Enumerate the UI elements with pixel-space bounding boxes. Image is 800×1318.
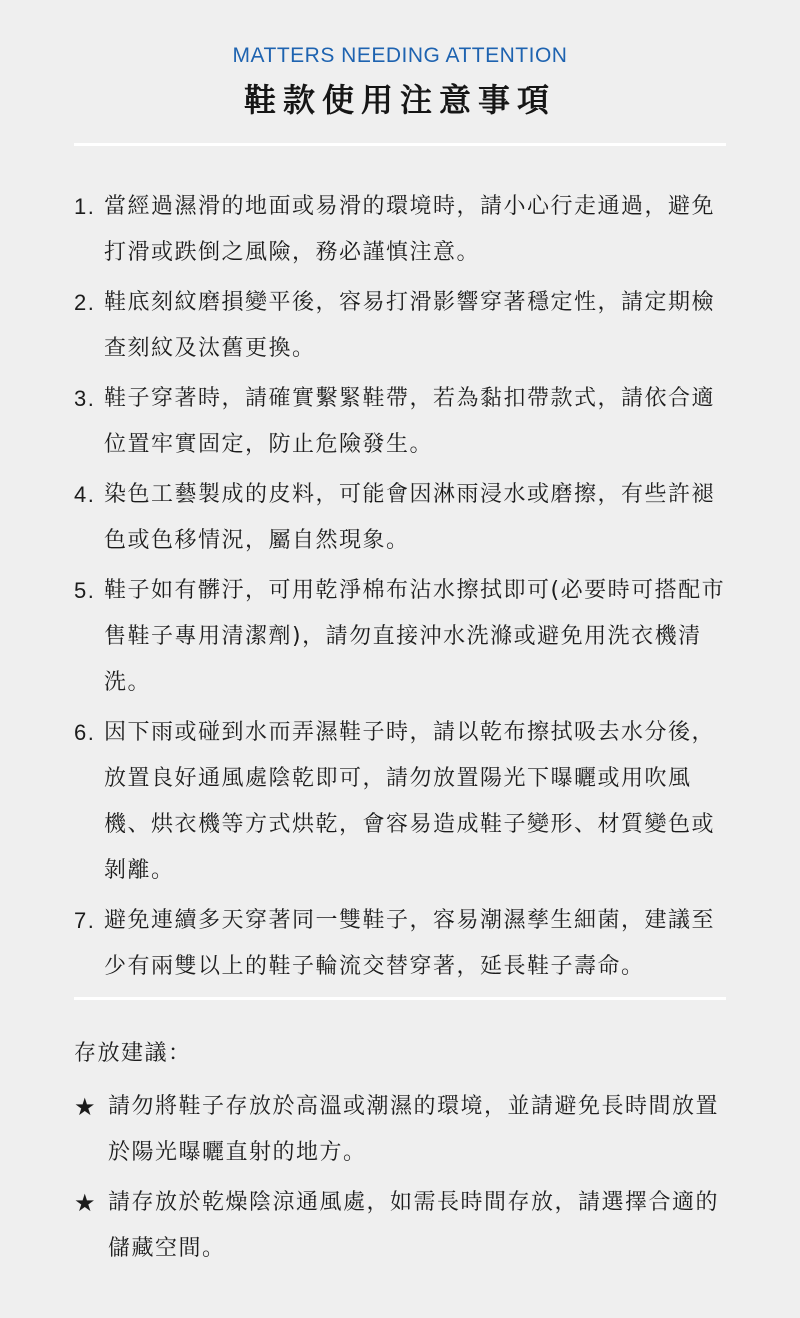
star-icon: ★ xyxy=(74,1180,97,1226)
storage-text: 請存放於乾燥陰涼通風處，如需長時間存放，請選擇合適的儲藏空間。 xyxy=(108,1190,719,1261)
storage-item-1: ★ 請勿將鞋子存放於高溫或潮濕的環境，並請避免長時間放置於陽光曝曬直射的地方。 xyxy=(74,1084,734,1176)
note-number: 5. xyxy=(74,568,95,614)
note-text: 鞋底刻紋磨損變平後，容易打滑影響穿著穩定性，請定期檢查刻紋及汰舊更換。 xyxy=(104,290,715,361)
top-divider xyxy=(74,143,726,146)
note-item-3: 3. 鞋子穿著時，請確實繫緊鞋帶，若為黏扣帶款式，請依合適位置牢實固定，防止危險… xyxy=(74,376,734,468)
note-number: 3. xyxy=(74,376,95,422)
note-number: 1. xyxy=(74,184,95,230)
note-number: 6. xyxy=(74,710,95,756)
note-text: 避免連續多天穿著同一雙鞋子，容易潮濕孳生細菌，建議至少有兩雙以上的鞋子輪流交替穿… xyxy=(104,908,715,979)
storage-item-2: ★ 請存放於乾燥陰涼通風處，如需長時間存放，請選擇合適的儲藏空間。 xyxy=(74,1180,734,1272)
note-number: 4. xyxy=(74,472,95,518)
note-text: 染色工藝製成的皮料，可能會因淋雨浸水或磨擦，有些許褪色或色移情況，屬自然現象。 xyxy=(104,482,715,553)
note-text: 鞋子如有髒汙，可用乾淨棉布沾水擦拭即可(必要時可搭配市售鞋子專用清潔劑)，請勿直… xyxy=(104,578,725,695)
note-item-6: 6. 因下雨或碰到水而弄濕鞋子時，請以乾布擦拭吸去水分後，放置良好通風處陰乾即可… xyxy=(74,710,734,894)
note-item-7: 7. 避免連續多天穿著同一雙鞋子，容易潮濕孳生細菌，建議至少有兩雙以上的鞋子輪流… xyxy=(74,898,734,990)
middle-divider xyxy=(74,997,726,1000)
note-item-4: 4. 染色工藝製成的皮料，可能會因淋雨浸水或磨擦，有些許褪色或色移情況，屬自然現… xyxy=(74,472,734,564)
note-item-5: 5. 鞋子如有髒汙，可用乾淨棉布沾水擦拭即可(必要時可搭配市售鞋子專用清潔劑)，… xyxy=(74,568,734,706)
note-text: 因下雨或碰到水而弄濕鞋子時，請以乾布擦拭吸去水分後，放置良好通風處陰乾即可，請勿… xyxy=(104,720,715,883)
storage-heading: 存放建議： xyxy=(74,1034,192,1074)
note-item-1: 1. 當經過濕滑的地面或易滑的環境時，請小心行走通過，避免打滑或跌倒之風險，務必… xyxy=(74,184,734,276)
note-item-2: 2. 鞋底刻紋磨損變平後，容易打滑影響穿著穩定性，請定期檢查刻紋及汰舊更換。 xyxy=(74,280,734,372)
storage-text: 請勿將鞋子存放於高溫或潮濕的環境，並請避免長時間放置於陽光曝曬直射的地方。 xyxy=(108,1094,719,1165)
page-title: 鞋款使用注意事項 xyxy=(0,78,800,122)
page-subtitle: MATTERS NEEDING ATTENTION xyxy=(0,44,800,68)
note-text: 鞋子穿著時，請確實繫緊鞋帶，若為黏扣帶款式，請依合適位置牢實固定，防止危險發生。 xyxy=(104,386,715,457)
storage-list: ★ 請勿將鞋子存放於高溫或潮濕的環境，並請避免長時間放置於陽光曝曬直射的地方。 … xyxy=(74,1084,734,1276)
note-number: 7. xyxy=(74,898,95,944)
star-icon: ★ xyxy=(74,1084,97,1130)
note-text: 當經過濕滑的地面或易滑的環境時，請小心行走通過，避免打滑或跌倒之風險，務必謹慎注… xyxy=(104,194,715,265)
note-number: 2. xyxy=(74,280,95,326)
notes-list: 1. 當經過濕滑的地面或易滑的環境時，請小心行走通過，避免打滑或跌倒之風險，務必… xyxy=(74,184,734,994)
